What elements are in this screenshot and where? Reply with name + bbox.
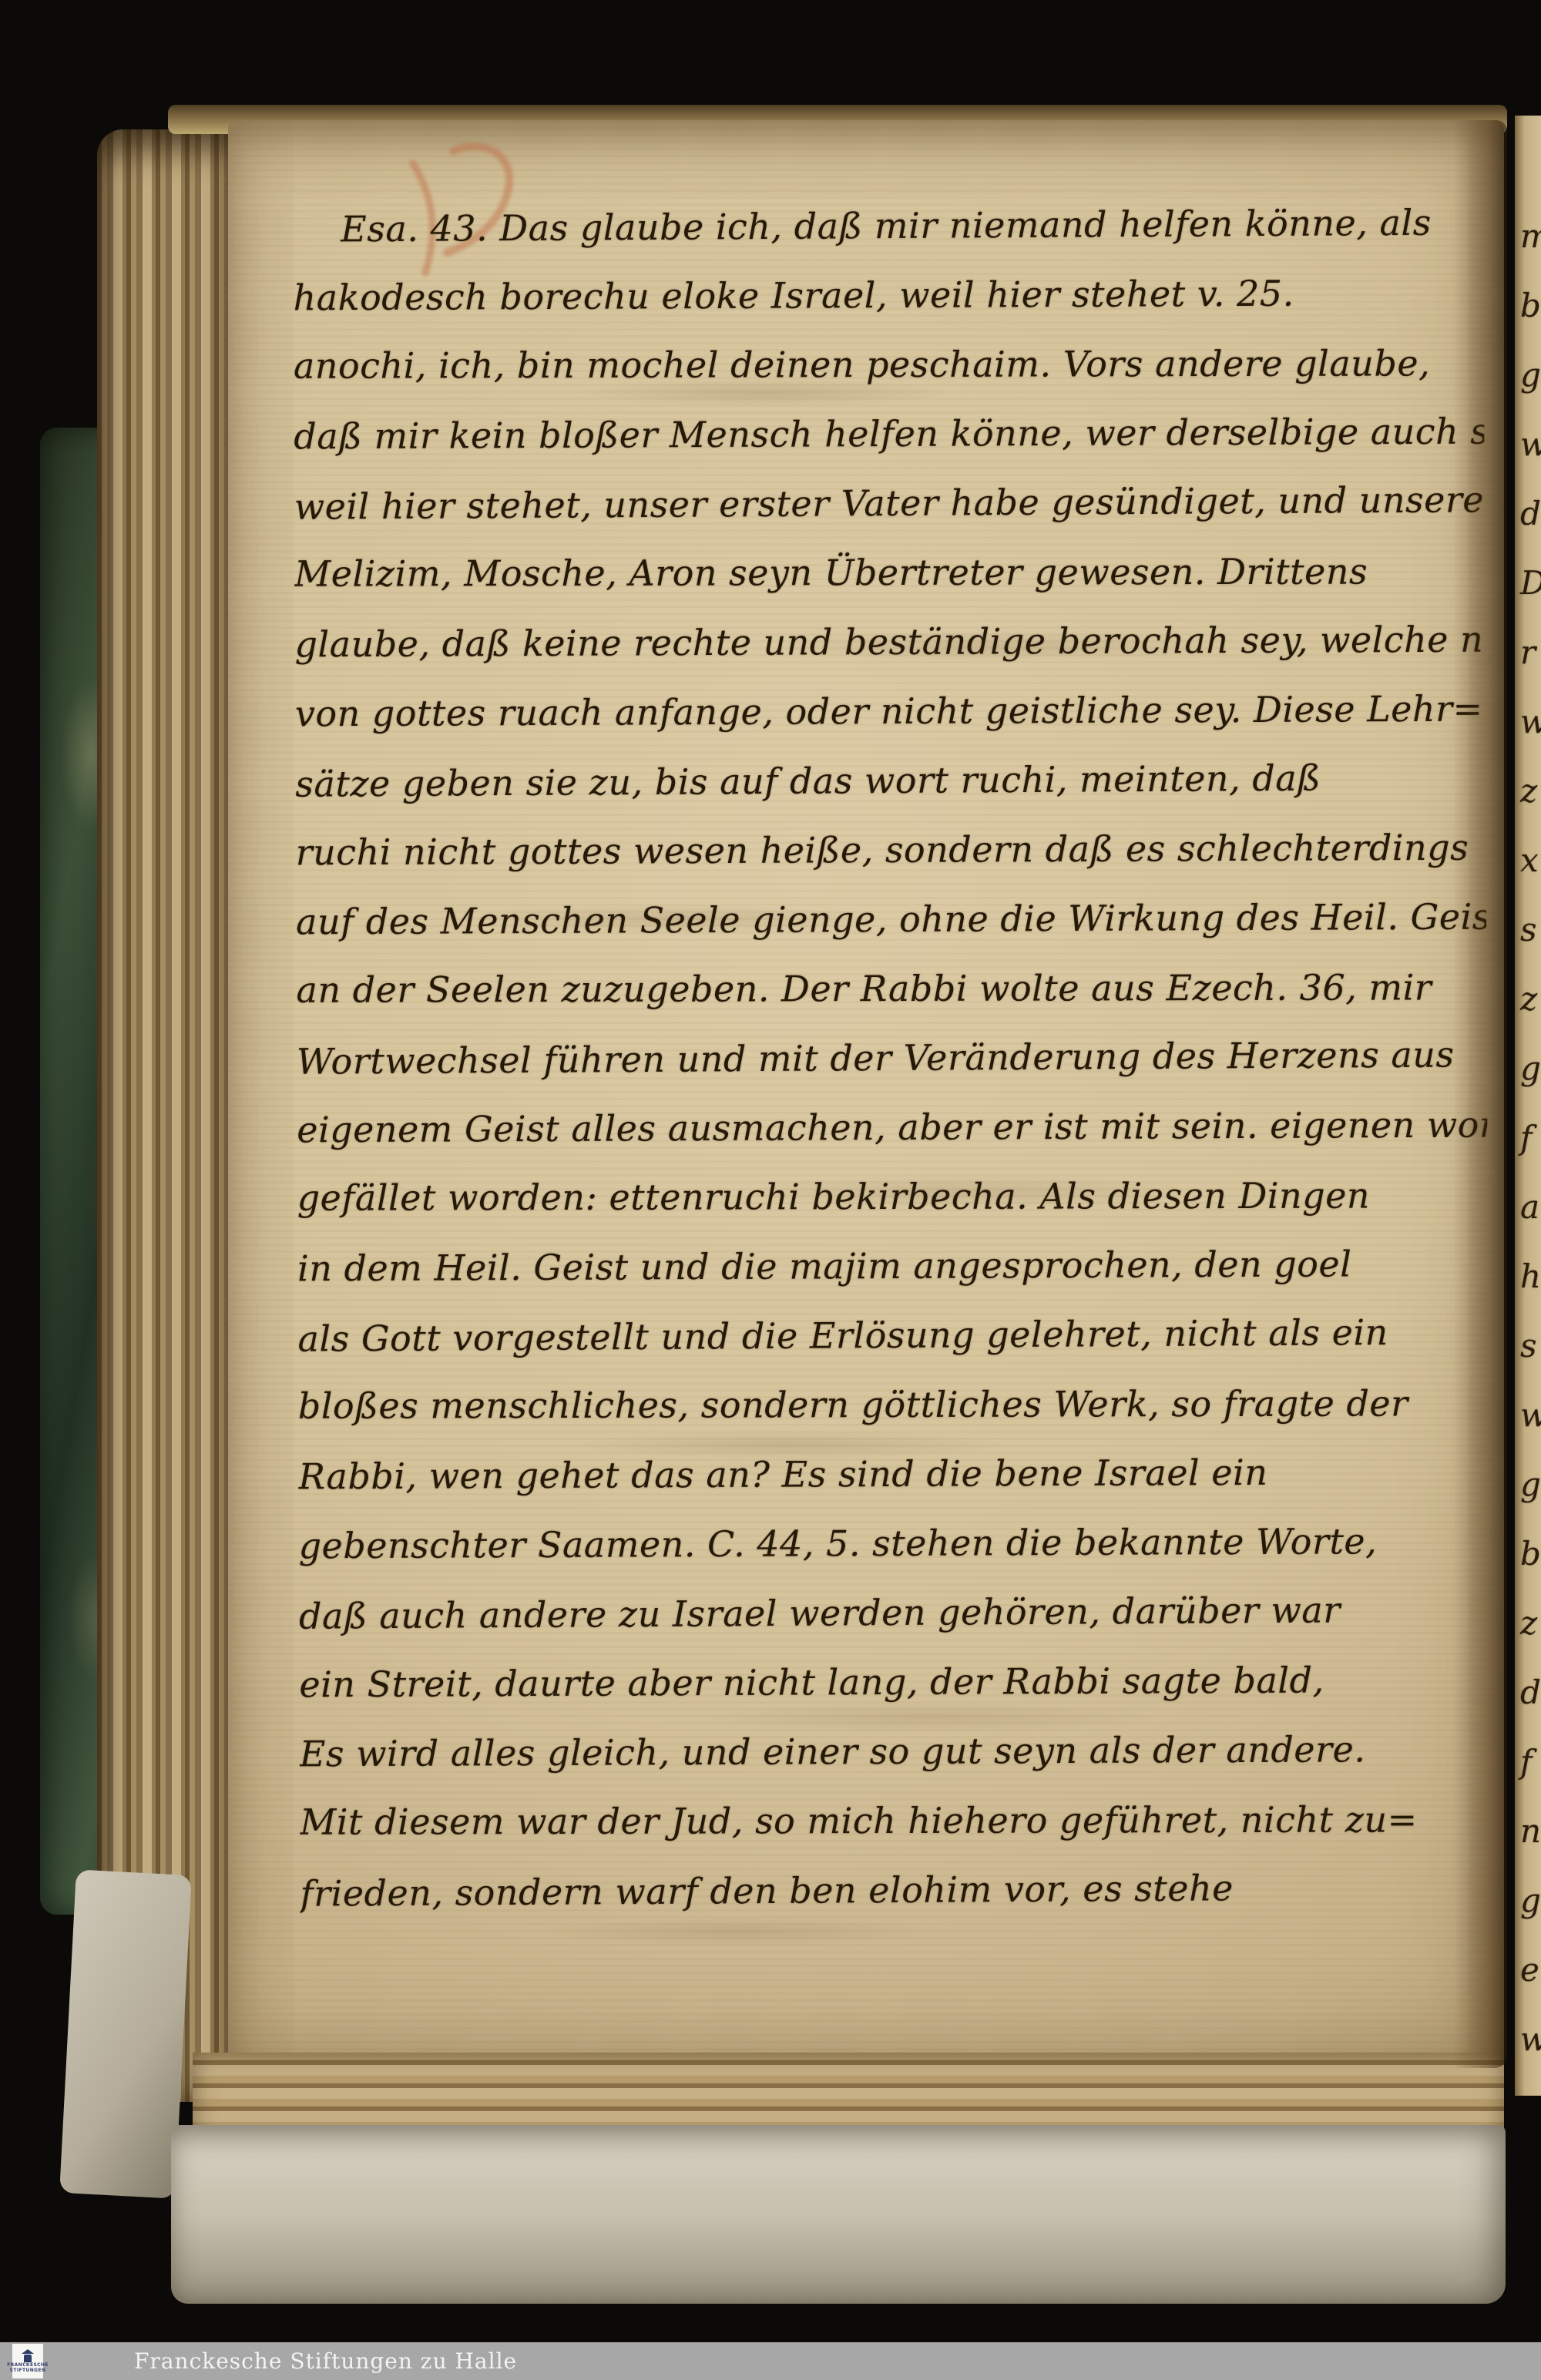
manuscript-line: ein Streit, daurte aber nicht lang, der …: [299, 1645, 1489, 1720]
facing-page-letter-fragment: z: [1520, 757, 1541, 826]
manuscript-line: auf des Menschen Seele gienge, ohne die …: [296, 882, 1486, 957]
facing-page-sliver: mbgwdDrwzxszgfahswgbzdfngew: [1515, 116, 1541, 2096]
facing-page-letter-fragment: D: [1520, 549, 1541, 618]
manuscript-line: Rabbi, wen gehet das an? Es sind die ben…: [298, 1437, 1489, 1512]
facing-page-letter-fragment: g: [1520, 1034, 1541, 1103]
facing-page-letter-fragment: z: [1520, 1589, 1541, 1658]
facing-page-letter-fragment: w: [1520, 410, 1541, 479]
manuscript-line: gebenschter Saamen. C. 44, 5. stehen die…: [298, 1506, 1489, 1581]
franckesche-stiftungen-logo: FRANCKESCHE STIFTUNGEN: [12, 2344, 43, 2378]
facing-page-letter-fragment: n: [1520, 1797, 1541, 1866]
gutter-shadow: [1453, 120, 1507, 2068]
facing-page-letter-fragment: e: [1520, 1935, 1541, 2005]
manuscript-line: daß mir kein bloßer Mensch helfen könne,…: [294, 397, 1484, 472]
footer-bar: FRANCKESCHE STIFTUNGEN Franckesche Stift…: [0, 2342, 1541, 2380]
facing-page-letter-fragment: d: [1520, 479, 1541, 549]
facing-page-letter-fragment: b: [1520, 271, 1541, 341]
manuscript-line: Melizim, Mosche, Aron seyn Übertreter ge…: [294, 536, 1485, 609]
manuscript-line: an der Seelen zuzugeben. Der Rabbi wolte…: [296, 952, 1486, 1025]
facing-page-letter-fragment: s: [1520, 895, 1541, 965]
manuscript-line: daß auch andere zu Israel werden gehören…: [299, 1574, 1490, 1650]
manuscript-line: Esa. 43. Das glaube ich, daß mir niemand…: [293, 187, 1484, 264]
institution-title: Franckesche Stiftungen zu Halle: [134, 2342, 517, 2380]
facing-page-letter-fragment: s: [1520, 1311, 1541, 1381]
manuscript-line: von gottes ruach anfange, oder nicht gei…: [295, 674, 1486, 749]
facing-page-letter-fragment: w: [1520, 2005, 1541, 2074]
manuscript-line: bloßes menschliches, sondern göttliches …: [298, 1368, 1489, 1441]
facing-page-letter-fragment: g: [1520, 1866, 1541, 1935]
manuscript-line: Mit diesem war der Jud, so mich hiehero …: [300, 1784, 1490, 1857]
facing-page-letter-fragment: h: [1520, 1242, 1541, 1311]
facing-page-letter-fragment: z: [1520, 965, 1541, 1034]
manuscript-line: Es wird alles gleich, und einer so gut s…: [300, 1714, 1490, 1789]
manuscript-line: frieden, sondern warf den ben elohim vor…: [300, 1851, 1491, 1928]
manuscript-line: weil hier stehet, unser erster Vater hab…: [294, 465, 1485, 541]
manuscript-line: als Gott vorgestellt und die Erlösung ge…: [297, 1297, 1489, 1373]
logo-text-line2: STIFTUNGEN: [10, 2368, 46, 2374]
manuscript-line: Wortwechsel führen und mit der Veränderu…: [297, 1019, 1488, 1096]
page-stack-edges-left: [97, 129, 240, 2102]
facing-page-letter-fragment: m: [1520, 202, 1541, 271]
handwritten-text-block: Esa. 43. Das glaube ich, daß mir niemand…: [293, 189, 1491, 1966]
facing-page-letter-fragment: a: [1520, 1173, 1541, 1242]
institution-emblem-icon: [22, 2349, 34, 2362]
manuscript-line: gefället worden: ettenruchi bekirbecha. …: [297, 1160, 1488, 1233]
facing-page-letter-fragment: b: [1520, 1519, 1541, 1589]
facing-page-letter-fragment: w: [1520, 687, 1541, 757]
book-cover-bottom-edge: [171, 2125, 1506, 2304]
manuscript-line: ruchi nicht gottes wesen heiße, sondern …: [296, 813, 1486, 888]
facing-page-letter-fragment: g: [1520, 1450, 1541, 1519]
facing-page-letter-fragment: g: [1520, 341, 1541, 410]
manuscript-line: anochi, ich, bin mochel deinen peschaim.…: [294, 328, 1484, 401]
manuscript-line: hakodesch borechu eloke Israel, weil hie…: [293, 258, 1483, 333]
digitized-book-scan: Esa. 43. Das glaube ich, daß mir niemand…: [0, 0, 1541, 2380]
facing-page-letter-fragment: w: [1520, 1381, 1541, 1450]
facing-page-letter-fragment: f: [1520, 1727, 1541, 1797]
facing-page-letter-fragment: d: [1520, 1658, 1541, 1727]
manuscript-line: glaube, daß keine rechte und beständige …: [294, 605, 1485, 680]
manuscript-line: eigenem Geist alles ausmachen, aber er i…: [297, 1090, 1487, 1165]
manuscript-line: sätze geben sie zu, bis auf das wort ruc…: [295, 742, 1486, 818]
facing-page-letter-fragment: f: [1520, 1103, 1541, 1173]
facing-page-letter-fragment: x: [1520, 826, 1541, 895]
manuscript-line: in dem Heil. Geist und die majim angespr…: [297, 1229, 1488, 1304]
facing-page-letter-fragment: r: [1520, 618, 1541, 687]
